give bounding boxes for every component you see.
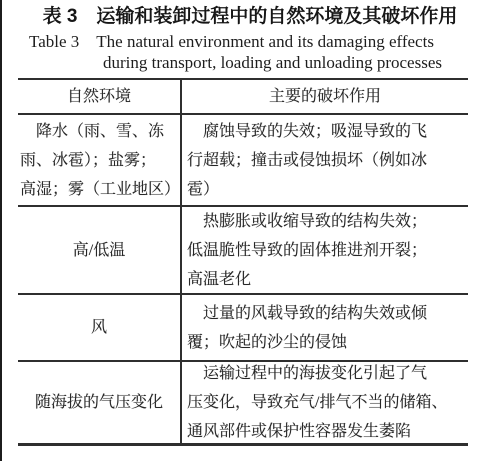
table-row-wind: 风 过量的风载导致的结构失效或倾 覆；吹起的沙尘的侵蚀 bbox=[18, 295, 468, 362]
effects-text-precipitation: 腐蚀导致的失效；吸湿导致的飞 行超载；撞击或侵蚀损坏（例如冰 雹） bbox=[187, 117, 427, 204]
effects-text-temperature: 热膨胀或收缩导致的结构失效； 低温脆性导致的固体推进剂开裂； 高温老化 bbox=[187, 207, 427, 294]
effects-cell-temperature: 热膨胀或收缩导致的结构失效； 低温脆性导致的固体推进剂开裂； 高温老化 bbox=[182, 207, 468, 293]
effects-text-wind: 过量的风载导致的结构失效或倾 覆；吹起的沙尘的侵蚀 bbox=[187, 299, 427, 357]
env-cell-precipitation: 降水（雨、雪、冻 雨、冰雹）；盐雾； 高湿；雾（工业地区） bbox=[18, 115, 182, 205]
env-cell-wind: 风 bbox=[18, 295, 182, 360]
effects-text-pressure: 运输过程中的海拔变化引起了气 压变化，导致充气/排气不当的储箱、 通风部件或保护… bbox=[187, 359, 447, 446]
header-label-effects: 主要的破坏作用 bbox=[269, 87, 381, 107]
header-cell-environment: 自然环境 bbox=[18, 80, 182, 113]
caption-english-line2: during transport, loading and unloading … bbox=[103, 52, 500, 73]
table-row-precipitation: 降水（雨、雪、冻 雨、冰雹）；盐雾； 高湿；雾（工业地区） 腐蚀导致的失效；吸湿… bbox=[18, 115, 468, 207]
effects-cell-precipitation: 腐蚀导致的失效；吸湿导致的飞 行超载；撞击或侵蚀损坏（例如冰 雹） bbox=[182, 115, 468, 205]
effects-cell-wind: 过量的风载导致的结构失效或倾 覆；吹起的沙尘的侵蚀 bbox=[182, 295, 468, 360]
env-text-pressure: 随海拔的气压变化 bbox=[35, 388, 163, 417]
table-header-row: 自然环境 主要的破坏作用 bbox=[18, 80, 468, 115]
document-page: 表 3 运输和装卸过程中的自然环境及其破坏作用 Table 3 The natu… bbox=[0, 0, 500, 461]
env-text-wind: 风 bbox=[91, 313, 107, 342]
caption-english-line1: Table 3 The natural environment and its … bbox=[29, 31, 500, 52]
header-cell-effects: 主要的破坏作用 bbox=[182, 80, 468, 113]
table-caption: 表 3 运输和装卸过程中的自然环境及其破坏作用 Table 3 The natu… bbox=[0, 5, 500, 73]
env-cell-pressure: 随海拔的气压变化 bbox=[18, 362, 182, 443]
table-row-pressure: 随海拔的气压变化 运输过程中的海拔变化引起了气 压变化，导致充气/排气不当的储箱… bbox=[18, 362, 468, 443]
table-row-temperature: 高/低温 热膨胀或收缩导致的结构失效； 低温脆性导致的固体推进剂开裂； 高温老化 bbox=[18, 207, 468, 295]
env-cell-temperature: 高/低温 bbox=[18, 207, 182, 293]
caption-chinese: 表 3 运输和装卸过程中的自然环境及其破坏作用 bbox=[0, 5, 500, 29]
environment-effects-table: 自然环境 主要的破坏作用 降水（雨、雪、冻 雨、冰雹）；盐雾； 高湿；雾（工业地… bbox=[18, 78, 468, 446]
env-text-temperature: 高/低温 bbox=[73, 236, 125, 265]
effects-cell-pressure: 运输过程中的海拔变化引起了气 压变化，导致充气/排气不当的储箱、 通风部件或保护… bbox=[182, 362, 468, 443]
header-label-environment: 自然环境 bbox=[67, 87, 131, 107]
env-text-precipitation: 降水（雨、雪、冻 雨、冰雹）；盐雾； 高湿；雾（工业地区） bbox=[20, 117, 178, 204]
